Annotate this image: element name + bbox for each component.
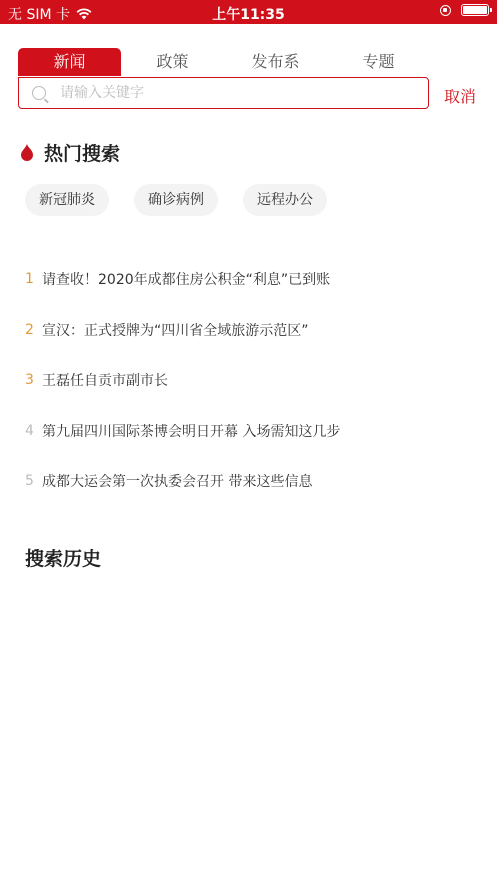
- news-title: 请查收！2020年成都住房公积金“利息”已到账: [42, 269, 330, 289]
- tab-topics[interactable]: 专题: [327, 48, 430, 76]
- category-tabs: 新闻 政策 发布系 专题: [18, 48, 430, 76]
- list-item[interactable]: 5 成都大运会第一次执委会召开 带来这些信息: [25, 456, 485, 507]
- search-box: [18, 77, 429, 109]
- list-item[interactable]: 3 王磊任自贡市副市长: [25, 355, 485, 406]
- hot-tag[interactable]: 新冠肺炎: [25, 184, 109, 216]
- list-item[interactable]: 1 请查收！2020年成都住房公积金“利息”已到账: [25, 254, 485, 305]
- list-item[interactable]: 2 宣汉：正式授牌为“四川省全域旅游示范区”: [25, 305, 485, 356]
- clock: 上午11:35: [0, 4, 497, 24]
- news-title: 成都大运会第一次执委会召开 带来这些信息: [42, 471, 312, 491]
- search-input[interactable]: [58, 84, 428, 102]
- hot-search-title: 热门搜索: [44, 139, 120, 166]
- hot-tag[interactable]: 远程办公: [243, 184, 327, 216]
- rank-number: 2: [25, 322, 42, 338]
- orientation-lock-icon: [440, 5, 451, 16]
- news-title: 宣汉：正式授牌为“四川省全域旅游示范区”: [42, 320, 309, 340]
- rank-number: 1: [25, 271, 42, 287]
- search-icon: [32, 86, 46, 100]
- flame-icon: [20, 144, 34, 162]
- cancel-button[interactable]: 取消: [444, 84, 476, 107]
- tab-publish[interactable]: 发布系: [224, 48, 327, 76]
- search-history-heading: 搜索历史: [25, 544, 101, 571]
- tab-news[interactable]: 新闻: [18, 48, 121, 76]
- rank-number: 3: [25, 372, 42, 388]
- hot-search-heading: 热门搜索: [20, 139, 120, 166]
- status-bar: 无 SIM 卡 上午11:35: [0, 0, 497, 24]
- list-item[interactable]: 4 第九届四川国际茶博会明日开幕 入场需知这几步: [25, 406, 485, 457]
- rank-number: 5: [25, 473, 42, 489]
- rank-number: 4: [25, 423, 42, 439]
- news-title: 第九届四川国际茶博会明日开幕 入场需知这几步: [42, 421, 340, 441]
- hot-news-list: 1 请查收！2020年成都住房公积金“利息”已到账 2 宣汉：正式授牌为“四川省…: [25, 254, 485, 507]
- tab-policy[interactable]: 政策: [121, 48, 224, 76]
- battery-icon: [461, 4, 489, 16]
- hot-tags: 新冠肺炎 确诊病例 远程办公: [25, 184, 327, 216]
- hot-tag[interactable]: 确诊病例: [134, 184, 218, 216]
- news-title: 王磊任自贡市副市长: [42, 370, 168, 390]
